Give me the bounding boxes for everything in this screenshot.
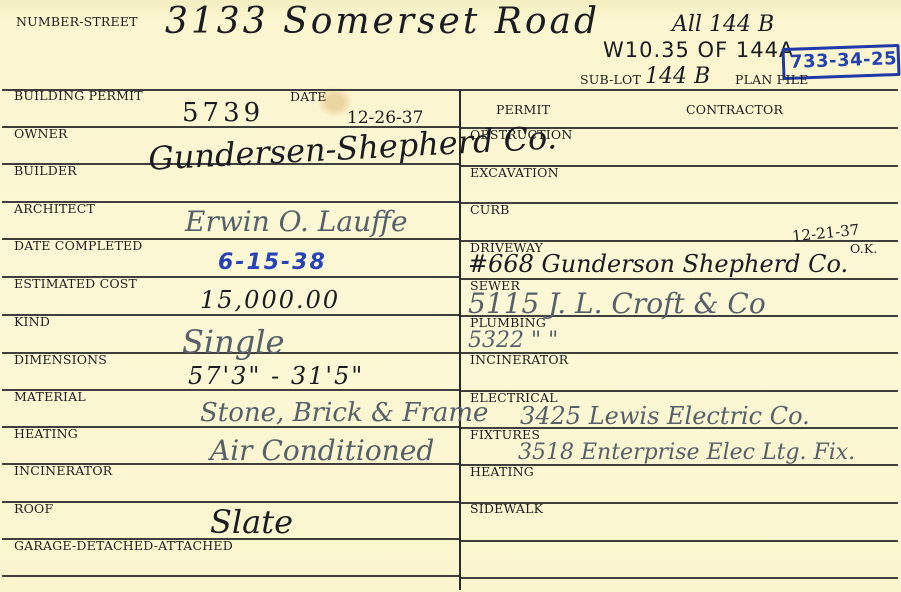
obstruction-label: OBSTRUCTION [470, 129, 573, 142]
incinerator-label: INCINERATOR [14, 465, 112, 478]
estimated-cost-value: 15,000.00 [200, 288, 340, 312]
architect-label: ARCHITECT [14, 203, 95, 216]
electrical-value: 3425 Lewis Electric Co. [520, 404, 810, 428]
stamp-number: 733-34-25 [790, 48, 898, 73]
garage-label: GARAGE-DETACHED-ATTACHED [14, 540, 233, 553]
driveway-ok-label: O.K. [850, 243, 878, 256]
excavation-label: EXCAVATION [470, 167, 559, 180]
permit-column-header: PERMIT [496, 104, 550, 117]
fixtures-value: 3518 Enterprise Elec Ltg. Fix. [518, 442, 855, 464]
estimated-cost-label: ESTIMATED COST [14, 278, 137, 291]
roof-label: ROOF [14, 503, 53, 516]
building-permit-label: BUILDING PERMIT [14, 90, 143, 103]
sub-lot-value: 144 B [645, 66, 710, 88]
permit-card: NUMBER-STREET 3133 Somerset Road All 144… [0, 0, 901, 592]
architect-value: Erwin O. Lauffe [185, 208, 408, 236]
curb-label: CURB [470, 204, 510, 217]
builder-label: BUILDER [14, 165, 77, 178]
rule [460, 577, 898, 579]
sidewalk-label: SIDEWALK [470, 503, 543, 516]
owner-label: OWNER [14, 128, 68, 141]
dimensions-value: 57'3" - 31'5" [188, 364, 364, 388]
plan-file-label: PLAN FILE [735, 74, 809, 87]
dimensions-label: DIMENSIONS [14, 354, 107, 367]
heating-label: HEATING [14, 428, 78, 441]
material-label: MATERIAL [14, 391, 86, 404]
lot-note-line2: W10.35 OF 144A [603, 40, 794, 61]
number-street-label: NUMBER-STREET [16, 16, 138, 29]
lot-note-line1: All 144 B [672, 14, 774, 36]
date-completed-value: 6-15-38 [218, 252, 327, 274]
date-completed-label: DATE COMPLETED [14, 240, 143, 253]
roof-value: Slate [210, 506, 293, 538]
building-permit-value: 5739 [182, 100, 264, 126]
kind-value: Single [182, 326, 284, 358]
rule [460, 540, 898, 542]
plumbing-value: 5322 " " [468, 330, 558, 352]
number-street-value: 3133 Somerset Road [165, 4, 600, 40]
kind-label: KIND [14, 316, 50, 329]
driveway-value: #668 Gunderson Shepherd Co. [468, 252, 848, 276]
rule [2, 575, 460, 577]
heating-right-label: HEATING [470, 466, 534, 479]
rule [460, 278, 898, 280]
permit-date-value: 12-26-37 [347, 110, 423, 127]
rule [460, 202, 898, 204]
date-label: DATE [290, 91, 327, 104]
contractor-column-header: CONTRACTOR [686, 104, 783, 117]
sub-lot-label: SUB-LOT [580, 74, 641, 87]
sewer-value: 5115 J. L. Croft & Co [468, 290, 766, 318]
material-value: Stone, Brick & Frame [200, 400, 488, 426]
rule [2, 314, 460, 316]
incinerator-right-label: INCINERATOR [470, 354, 568, 367]
heating-value: Air Conditioned [210, 437, 434, 465]
